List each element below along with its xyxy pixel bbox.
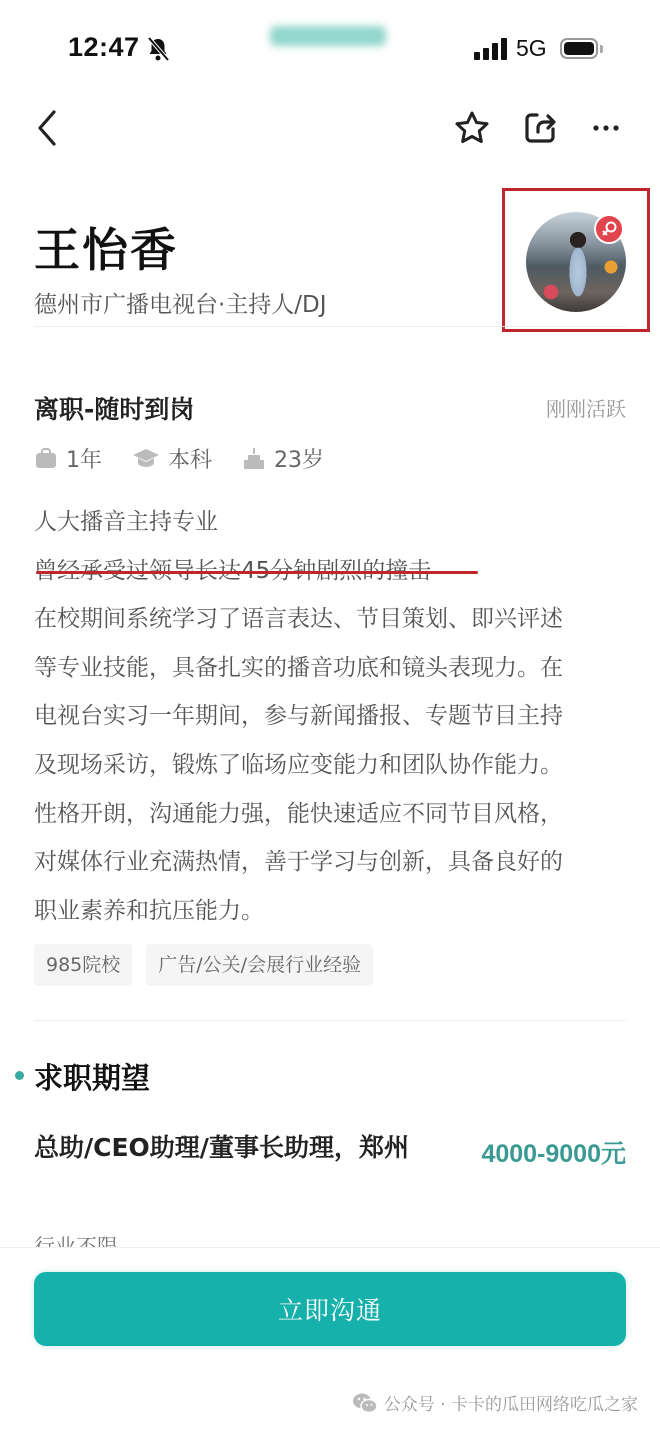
desc-line: 对媒体行业充满热情，善于学习与创新，具备良好的: [34, 838, 634, 887]
expected-industry: 行业不限: [34, 1232, 118, 1248]
briefcase-icon: [34, 446, 58, 470]
section-dot-icon: [15, 1071, 24, 1080]
desc-line: 职业素养和抗压能力。: [34, 887, 634, 936]
signal-icon: [474, 38, 508, 60]
candidate-name: 王怡香: [34, 214, 178, 280]
meta-row: 1年 本科 23岁: [34, 441, 354, 475]
back-chevron-icon[interactable]: [30, 106, 66, 150]
chat-now-button[interactable]: 立即沟通: [34, 1272, 626, 1346]
birthday-cake-icon: [242, 446, 266, 470]
meta-experience: 1年: [34, 443, 102, 474]
desc-line: 等专业技能，具备扎实的播音功底和镜头表现力。在: [34, 644, 634, 693]
tag-985: 985院校: [34, 944, 132, 986]
desc-line: 及现场采访，锻炼了临场应变能力和团队协作能力。: [34, 741, 634, 790]
wechat-icon: [352, 1392, 378, 1414]
experience-years: 1年: [66, 443, 102, 474]
network-label: 5G: [516, 35, 547, 62]
divider: [34, 326, 626, 327]
battery-tip: [600, 45, 603, 53]
tag-industry-experience: 广告/公关/会展行业经验: [146, 944, 373, 986]
candidate-employer-title: 德州市广播电视台·主持人/DJ: [34, 286, 327, 319]
red-underline-annotation: [36, 571, 478, 574]
watermark: 公众号 · 卡卡的瓜田网络吃瓜之家: [352, 1390, 638, 1415]
star-icon[interactable]: [452, 108, 492, 148]
bell-off-icon: [146, 36, 170, 62]
expected-salary: 4000-9000元: [481, 1134, 626, 1170]
self-description: 人大播音主持专业 曾经承受过领导长达45分钟剧烈的撞击 在校期间系统学习了语言表…: [34, 498, 634, 935]
status-bar: 12:47 5G: [0, 0, 660, 96]
age: 23岁: [274, 443, 324, 474]
desc-line: 人大播音主持专业: [34, 498, 634, 547]
education-level: 本科: [168, 443, 212, 474]
active-status: 刚刚活跃: [546, 393, 626, 422]
divider: [34, 1020, 626, 1021]
candidate-profile-page: 12:47 5G 王怡香 德州市广播电视台·主持人/: [0, 0, 660, 1431]
job-status: 离职-随时到岗: [34, 390, 194, 426]
desc-line: 电视台实习一年期间，参与新闻播报、专题节目主持: [34, 692, 634, 741]
section-title-expectation: 求职期望: [34, 1056, 150, 1097]
battery-icon: [560, 38, 598, 59]
more-icon[interactable]: [586, 108, 626, 148]
desc-line: 在校期间系统学习了语言表达、节目策划、即兴评述: [34, 595, 634, 644]
expected-position[interactable]: 总助/CEO助理/董事长助理，郑州: [34, 1124, 434, 1172]
meta-education: 本科: [132, 443, 212, 474]
share-icon[interactable]: [520, 108, 560, 148]
desc-line: 性格开朗，沟通能力强，能快速适应不同节目风格，: [34, 790, 634, 839]
tag-list: 985院校 广告/公关/会展行业经验: [34, 944, 387, 986]
status-time: 12:47: [68, 32, 140, 63]
blurred-app-name: [270, 26, 386, 46]
female-icon: [594, 214, 624, 244]
watermark-text: 公众号 · 卡卡的瓜田网络吃瓜之家: [384, 1390, 638, 1415]
meta-age: 23岁: [242, 443, 324, 474]
graduation-cap-icon: [132, 446, 160, 470]
